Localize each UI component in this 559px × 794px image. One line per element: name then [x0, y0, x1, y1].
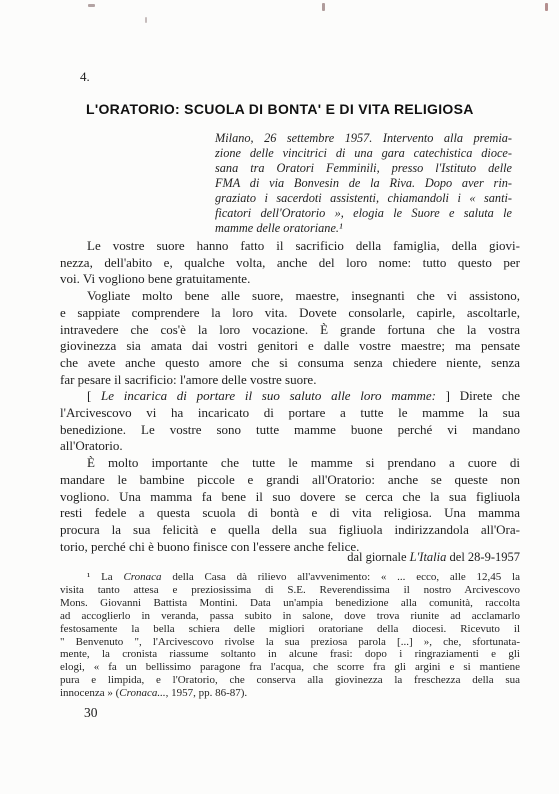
text-line: elogi, « fa un bellissimo paragone fra l… [60, 661, 520, 674]
text-line: benedizione. Le vostre sono tutte mamme … [60, 422, 520, 439]
page-title: L'ORATORIO: SCUOLA DI BONTA' E DI VITA R… [86, 101, 516, 117]
text-line: mente, la cronista riassume soltanto in … [60, 648, 520, 661]
text-line: Milano, 26 settembre 1957. Intervento al… [215, 131, 512, 146]
text-line: intravedere che cos'è la loro vocazione.… [60, 322, 520, 339]
text-line: vogliono. Una mamma fa bene il suo dover… [60, 489, 520, 506]
text-line: [ Le incarica di portare il suo saluto a… [60, 388, 520, 405]
text-line: giovinezza sia amata dai vostri genitori… [60, 338, 520, 355]
paragraph: [ Le incarica di portare il suo saluto a… [60, 388, 520, 455]
text-line: innocenza » (Cronaca..., 1957, pp. 86-87… [60, 687, 520, 700]
text-line: mamme delle oratoriane.¹ [215, 221, 512, 236]
text-line: visita tanto attesa e preziosissima di S… [60, 584, 520, 597]
text-line: pura e limpida, e l'Oratorio, che conser… [60, 674, 520, 687]
attribution-prefix: dal giornale [347, 550, 409, 564]
text-line: ficatori dell'Oratorio », elogia le Suor… [215, 206, 512, 221]
text-line: mandare le bambine piccole e grandi all'… [60, 472, 520, 489]
text-line: festosamente la bella schiera delle migl… [60, 623, 520, 636]
scan-artifact [145, 17, 147, 23]
scan-artifact [322, 3, 325, 11]
text-line: ¹ La Cronaca della Casa dà rilievo all'a… [60, 571, 520, 584]
scan-artifact [545, 3, 548, 11]
text-line: che avete anche questo amore che si cons… [60, 355, 520, 372]
text-line: sana tra Oratori Femminili, presso l'Ist… [215, 161, 512, 176]
text-line: resti fedele a questa scuola di bontà e … [60, 505, 520, 522]
body-text: Le vostre suore hanno fatto il sacrifici… [60, 238, 520, 555]
text-line: e sappiate comprendere la loro vita. Dov… [60, 305, 520, 322]
text-line: voi. Vi vogliono bene gratuitamente. [60, 271, 520, 288]
paragraph: È molto importante che tutte le mamme si… [60, 455, 520, 555]
attribution-source-italic: L'Italia [410, 550, 447, 564]
text-line: nezza, dell'abito e, qualche volta, anch… [60, 255, 520, 272]
footnote-block: ¹ La Cronaca della Casa dà rilievo all'a… [60, 571, 520, 700]
scan-artifact [88, 4, 95, 7]
headnote-italic-block: Milano, 26 settembre 1957. Intervento al… [215, 131, 512, 236]
text-line: Mons. Giovanni Battista Montini. Data un… [60, 597, 520, 610]
text-line: È molto importante che tutte le mamme si… [60, 455, 520, 472]
text-line: ad accoglierlo in veranda, passa subito … [60, 610, 520, 623]
text-line: Le vostre suore hanno fatto il sacrifici… [60, 238, 520, 255]
text-line: far pesare il sacrificio: l'amore delle … [60, 372, 520, 389]
text-line: FMA di via Bonvesin de la Riva. Dopo ave… [215, 176, 512, 191]
text-line: graziato i sacerdoti assistenti, chiaman… [215, 191, 512, 206]
paragraph: Vogliate molto bene alle suore, maestre,… [60, 288, 520, 388]
text-line: zione delle vincitrici di una gara catec… [215, 146, 512, 161]
text-line: Vogliate molto bene alle suore, maestre,… [60, 288, 520, 305]
section-number: 4. [80, 69, 90, 85]
paragraph: Le vostre suore hanno fatto il sacrifici… [60, 238, 520, 288]
text-line: all'Oratorio. [60, 438, 520, 455]
source-attribution: dal giornale L'Italia del 28-9-1957 [60, 550, 520, 565]
text-line: procura la sua felicità e quella della s… [60, 522, 520, 539]
scanned-book-page: 4. L'ORATORIO: SCUOLA DI BONTA' E DI VIT… [0, 0, 559, 794]
text-line: " Benvenuto ", l'Arcivescovo rivolse la … [60, 636, 520, 649]
attribution-suffix: del 28-9-1957 [446, 550, 520, 564]
page-number: 30 [84, 705, 98, 721]
text-line: l'Arcivescovo vi ha incaricato di portar… [60, 405, 520, 422]
